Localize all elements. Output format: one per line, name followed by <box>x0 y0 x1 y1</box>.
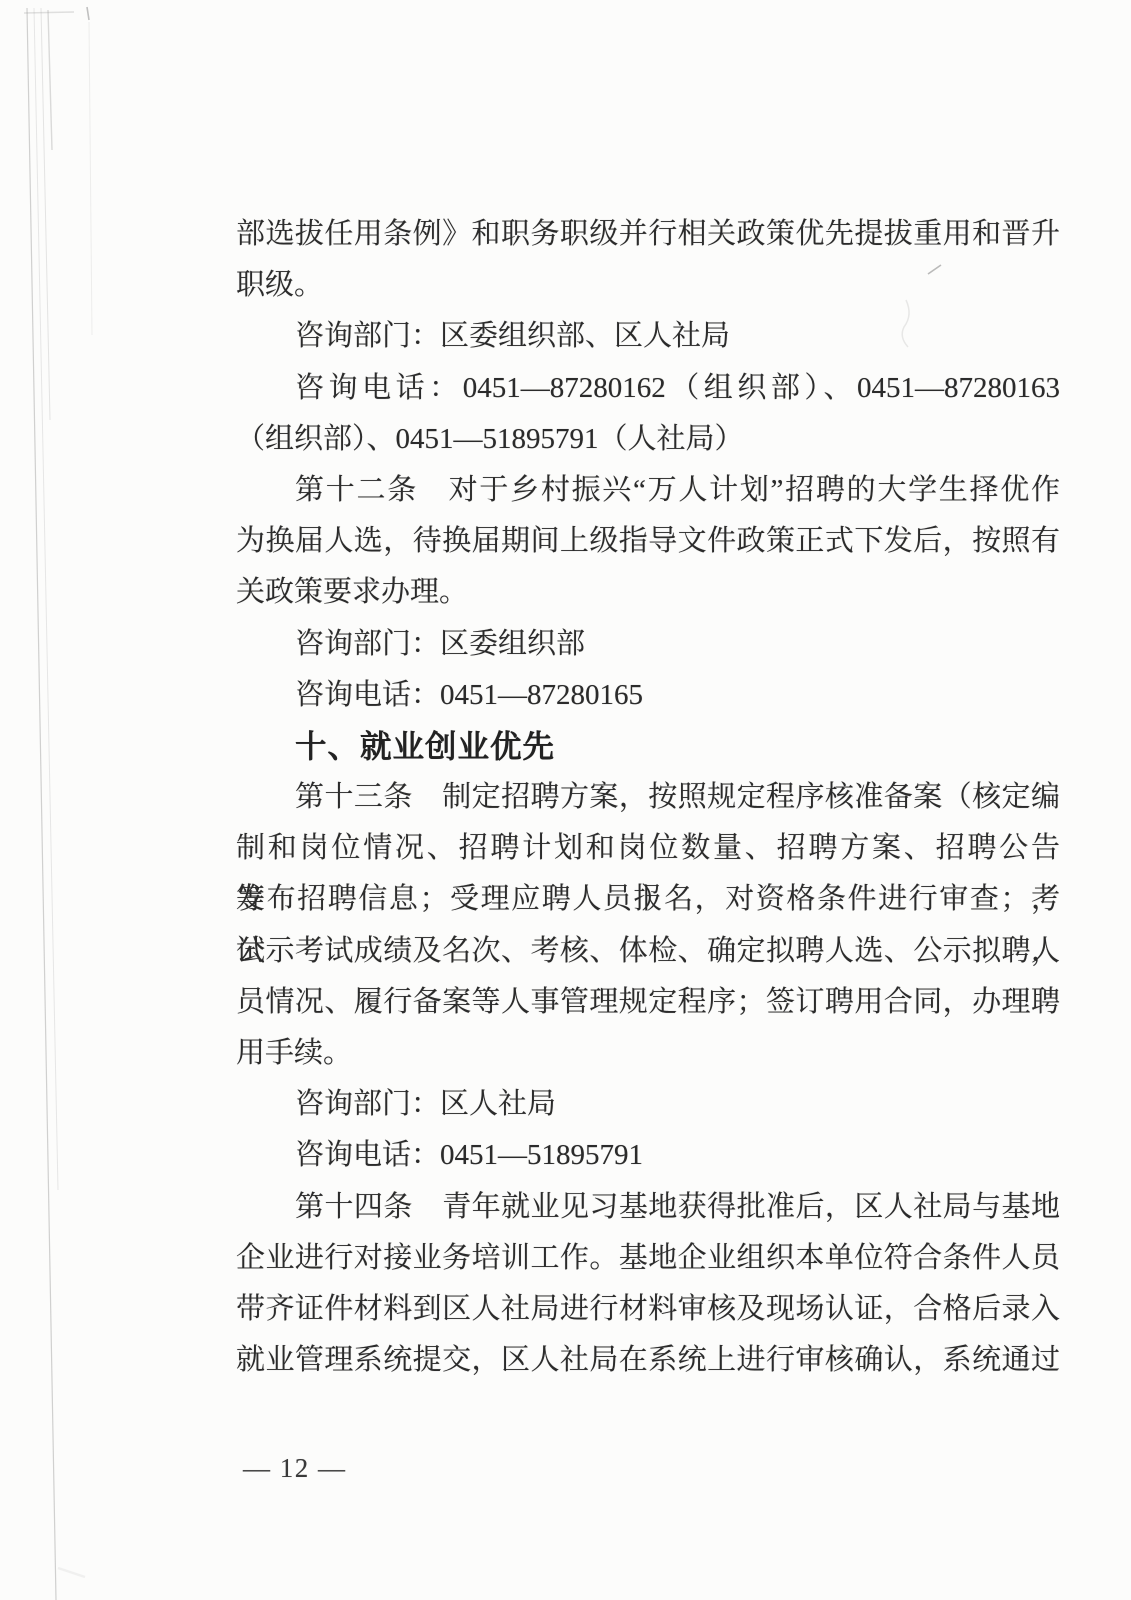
text-line: 发布招聘信息；受理应聘人员报名，对资格条件进行审查；考试， <box>236 874 1060 925</box>
text-line: 关政策要求办理。 <box>236 567 1060 618</box>
text-line: 职级。 <box>236 260 1060 311</box>
text-line: 咨询电话：0451—87280162（组织部）、0451—87280163 <box>236 363 1060 414</box>
scan-edge-line <box>27 8 56 1600</box>
scan-edge-line <box>48 10 52 150</box>
scan-edge-mark <box>24 12 74 13</box>
text-line: 第十二条 对于乡村振兴“万人计划”招聘的大学生择优作 <box>236 465 1060 516</box>
text-line: 咨询部门：区委组织部 <box>236 619 1060 670</box>
text-line: 带齐证件材料到区人社局进行材料审核及现场认证，合格后录入 <box>236 1284 1060 1335</box>
text-line: 为换届人选，待换届期间上级指导文件政策正式下发后，按照有 <box>236 516 1060 567</box>
text-line: （组织部）、0451—51895791（人社局） <box>236 414 1060 465</box>
text-line: 咨询部门：区委组织部、区人社局 <box>236 311 1060 362</box>
text-line: 第十三条 制定招聘方案，按照规定程序核准备案（核定编 <box>236 772 1060 823</box>
text-line: 公示考试成绩及名次、考核、体检、确定拟聘人选、公示拟聘人 <box>236 926 1060 977</box>
scan-edge-line <box>89 22 92 335</box>
section-heading: 十、就业创业优先 <box>236 721 1060 772</box>
page-number: — 12 — <box>243 1449 347 1487</box>
scan-edge-mark <box>87 7 89 20</box>
document-body: 部选拔任用条例》和职务职级并行相关政策优先提拔重用和晋升 职级。 咨询部门：区委… <box>236 209 1060 1386</box>
text-line: 咨询电话：0451—87280165 <box>236 670 1060 721</box>
text-line: 咨询电话：0451—51895791 <box>236 1130 1060 1181</box>
scan-edge-line <box>34 8 58 1190</box>
text-line: 第十四条 青年就业见习基地获得批准后，区人社局与基地 <box>236 1182 1060 1233</box>
text-line: 企业进行对接业务培训工作。基地企业组织本单位符合条件人员 <box>236 1233 1060 1284</box>
text-line: 咨询部门：区人社局 <box>236 1079 1060 1130</box>
scanned-document-page: 部选拔任用条例》和职务职级并行相关政策优先提拔重用和晋升 职级。 咨询部门：区委… <box>0 0 1131 1600</box>
text-line: 就业管理系统提交，区人社局在系统上进行审核确认，系统通过 <box>236 1335 1060 1386</box>
scan-smudge <box>58 1568 85 1577</box>
text-line: 用手续。 <box>236 1028 1060 1079</box>
text-line: 部选拔任用条例》和职务职级并行相关政策优先提拔重用和晋升 <box>236 209 1060 260</box>
text-line: 制和岗位情况、招聘计划和岗位数量、招聘方案、招聘公告等）， <box>236 823 1060 874</box>
scan-edge-line <box>41 8 50 420</box>
text-line: 员情况、履行备案等人事管理规定程序；签订聘用合同，办理聘 <box>236 977 1060 1028</box>
